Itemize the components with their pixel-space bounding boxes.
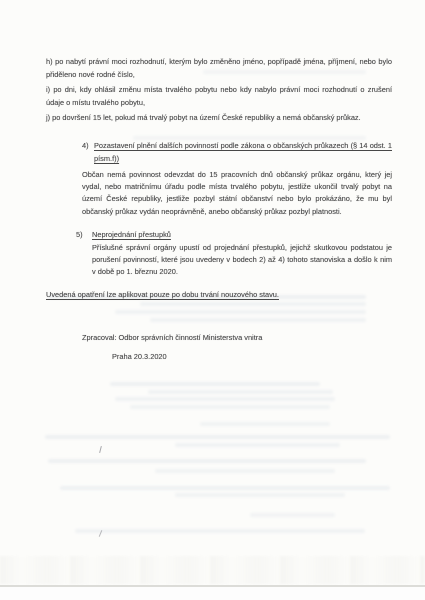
scanned-document-page: h) po nabytí právní moci rozhodnutí, kte… xyxy=(0,0,425,600)
scanner-background xyxy=(0,587,425,600)
bleedthrough-line xyxy=(175,493,345,497)
bleedthrough-line xyxy=(175,443,340,447)
bleedthrough-line xyxy=(48,459,366,463)
section-5: 5) Neprojednání přestupků Příslušné sprá… xyxy=(46,228,392,279)
list-item-j: j) po dovršení 15 let, pokud má trvalý p… xyxy=(46,111,392,124)
bleedthrough-line xyxy=(115,397,335,401)
list-item-i: i) po dni, kdy ohlásil změnu místa trval… xyxy=(46,83,392,109)
bleedthrough-line xyxy=(148,390,333,394)
document-content: h) po nabytí právní moci rozhodnutí, kte… xyxy=(0,0,425,363)
section-4-number: 4) xyxy=(82,139,94,165)
section-4-body: Občan nemá povinnost odevzdat do 15 prac… xyxy=(82,169,392,218)
place-date-line: Praha 20.3.2020 xyxy=(112,350,392,363)
bleedthrough-line xyxy=(45,435,390,439)
section-5-heading-row: 5) Neprojednání přestupků xyxy=(76,228,392,241)
bleedthrough-line xyxy=(155,469,335,473)
section-4-heading-row: 4) Pozastavení plnění dalších povinností… xyxy=(82,139,392,165)
bleedthrough-line xyxy=(75,529,365,533)
bleedthrough-line xyxy=(200,422,330,426)
scan-bottom-texture xyxy=(0,556,425,584)
section-5-number: 5) xyxy=(76,228,92,241)
section-4: 4) Pozastavení plnění dalších povinností… xyxy=(46,139,392,218)
bleedthrough-line xyxy=(130,405,330,409)
list-item-h: h) po nabytí právní moci rozhodnutí, kte… xyxy=(46,55,392,81)
scan-speck xyxy=(99,446,102,453)
emphasis-note: Uvedená opatření lze aplikovat pouze po … xyxy=(46,288,392,301)
bleedthrough-line xyxy=(110,382,320,386)
bleedthrough-line xyxy=(250,513,335,517)
section-4-heading: Pozastavení plnění dalších povinností po… xyxy=(94,139,392,165)
bleedthrough-line xyxy=(60,486,390,490)
section-5-body: Příslušné správní orgány upustí od proje… xyxy=(92,242,392,279)
prepared-by-line: Zpracoval: Odbor správních činností Mini… xyxy=(82,331,392,344)
section-5-heading: Neprojednání přestupků xyxy=(92,228,392,241)
